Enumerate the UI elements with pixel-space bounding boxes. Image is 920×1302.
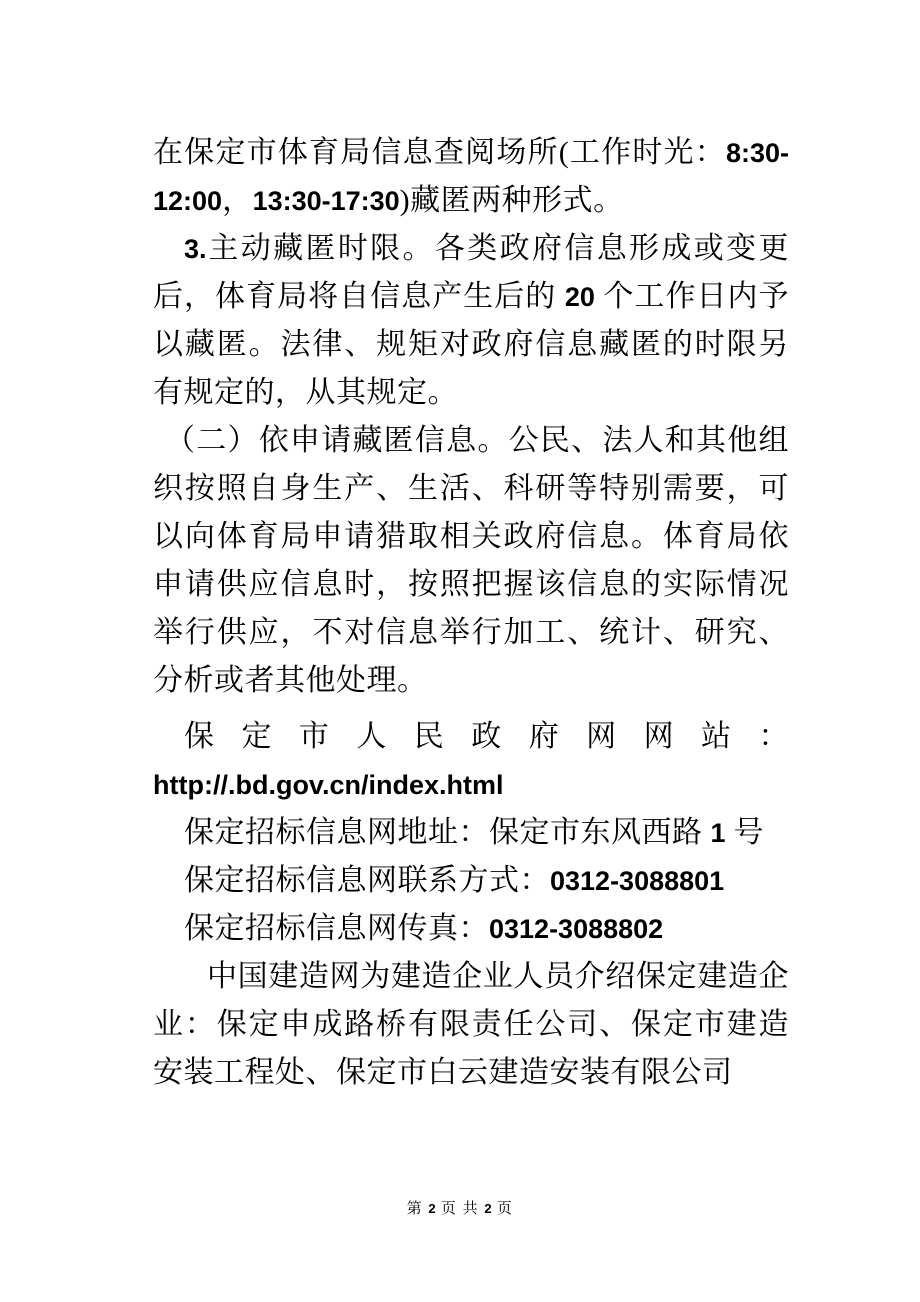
paragraph-on-request-disclosure: （二）依申请藏匿信息。公民、法人和其他组织按照自身生产、生活、科研等特别需要，可…	[153, 417, 789, 705]
line-bidding-site-address: 保定招标信息网地址：保定市东风西路 1 号	[153, 809, 789, 857]
page-number-text: 第 2 页 共 2 页	[407, 1201, 514, 1217]
line-gov-website: 保定市人民政府网网站：http://.bd.gov.cn/index.html	[153, 713, 789, 809]
line-bidding-site-fax: 保定招标信息网传真：0312-3088802	[153, 905, 789, 953]
paragraph-construction-companies: 中国建造网为建造企业人员介绍保定建造企业：保定申成路桥有限责任公司、保定市建造安…	[153, 953, 789, 1097]
document-page: 在保定市体育局信息查阅场所(工作时光：8:30-12:00，13:30-17:3…	[0, 0, 920, 1302]
paragraph-disclosure-time-limit: 3.主动藏匿时限。各类政府信息形成或变更后，体育局将自信息产生后的 20 个工作…	[153, 225, 789, 417]
document-body: 在保定市体育局信息查阅场所(工作时光：8:30-12:00，13:30-17:3…	[153, 129, 789, 1097]
line-bidding-site-phone: 保定招标信息网联系方式：0312-3088801	[153, 857, 789, 905]
page-footer: 第 2 页 共 2 页	[0, 1198, 920, 1220]
paragraph-reading-place: 在保定市体育局信息查阅场所(工作时光：8:30-12:00，13:30-17:3…	[153, 129, 789, 225]
